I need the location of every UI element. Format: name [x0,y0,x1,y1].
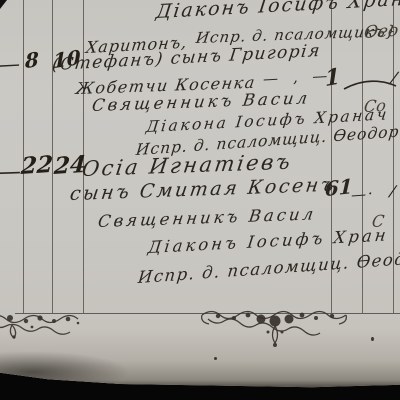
tally-count-entry1: 1 [325,65,341,90]
house-number-entry2: 61 [325,176,353,199]
handwriting-deacon-line-top: Діаконъ Іосифъ Хран [155,0,400,22]
ink-speck [214,357,217,360]
number-dash-entry2: —· [350,186,375,203]
floral-tailpiece-left-icon [0,311,88,353]
metrical-register-scan: Діаконъ Іосифъ Хран Испр. д. псаломщикъ}… [0,0,400,400]
birth-day-entry1: 8 [25,49,39,71]
paper-sheet: Діаконъ Іосифъ Хран Испр. д. псаломщикъ}… [0,0,400,400]
ink-speck [371,337,374,341]
row-dash-entry1: — [0,54,21,77]
floral-tailpiece-center-icon [198,306,352,350]
handwriting-priest-line-entry2: Священникъ Васил [97,206,317,230]
row-dash-entry2: — [0,158,21,184]
scan-corner-speck [0,0,7,9]
tally-dashes-entry1: — ‚ — [263,68,333,87]
handwriting-psalmist-name-fragment-top: Ѳео [363,23,399,43]
birth-day-entry2: 22 [20,153,54,178]
edge-mark-entry2: / [389,183,397,200]
